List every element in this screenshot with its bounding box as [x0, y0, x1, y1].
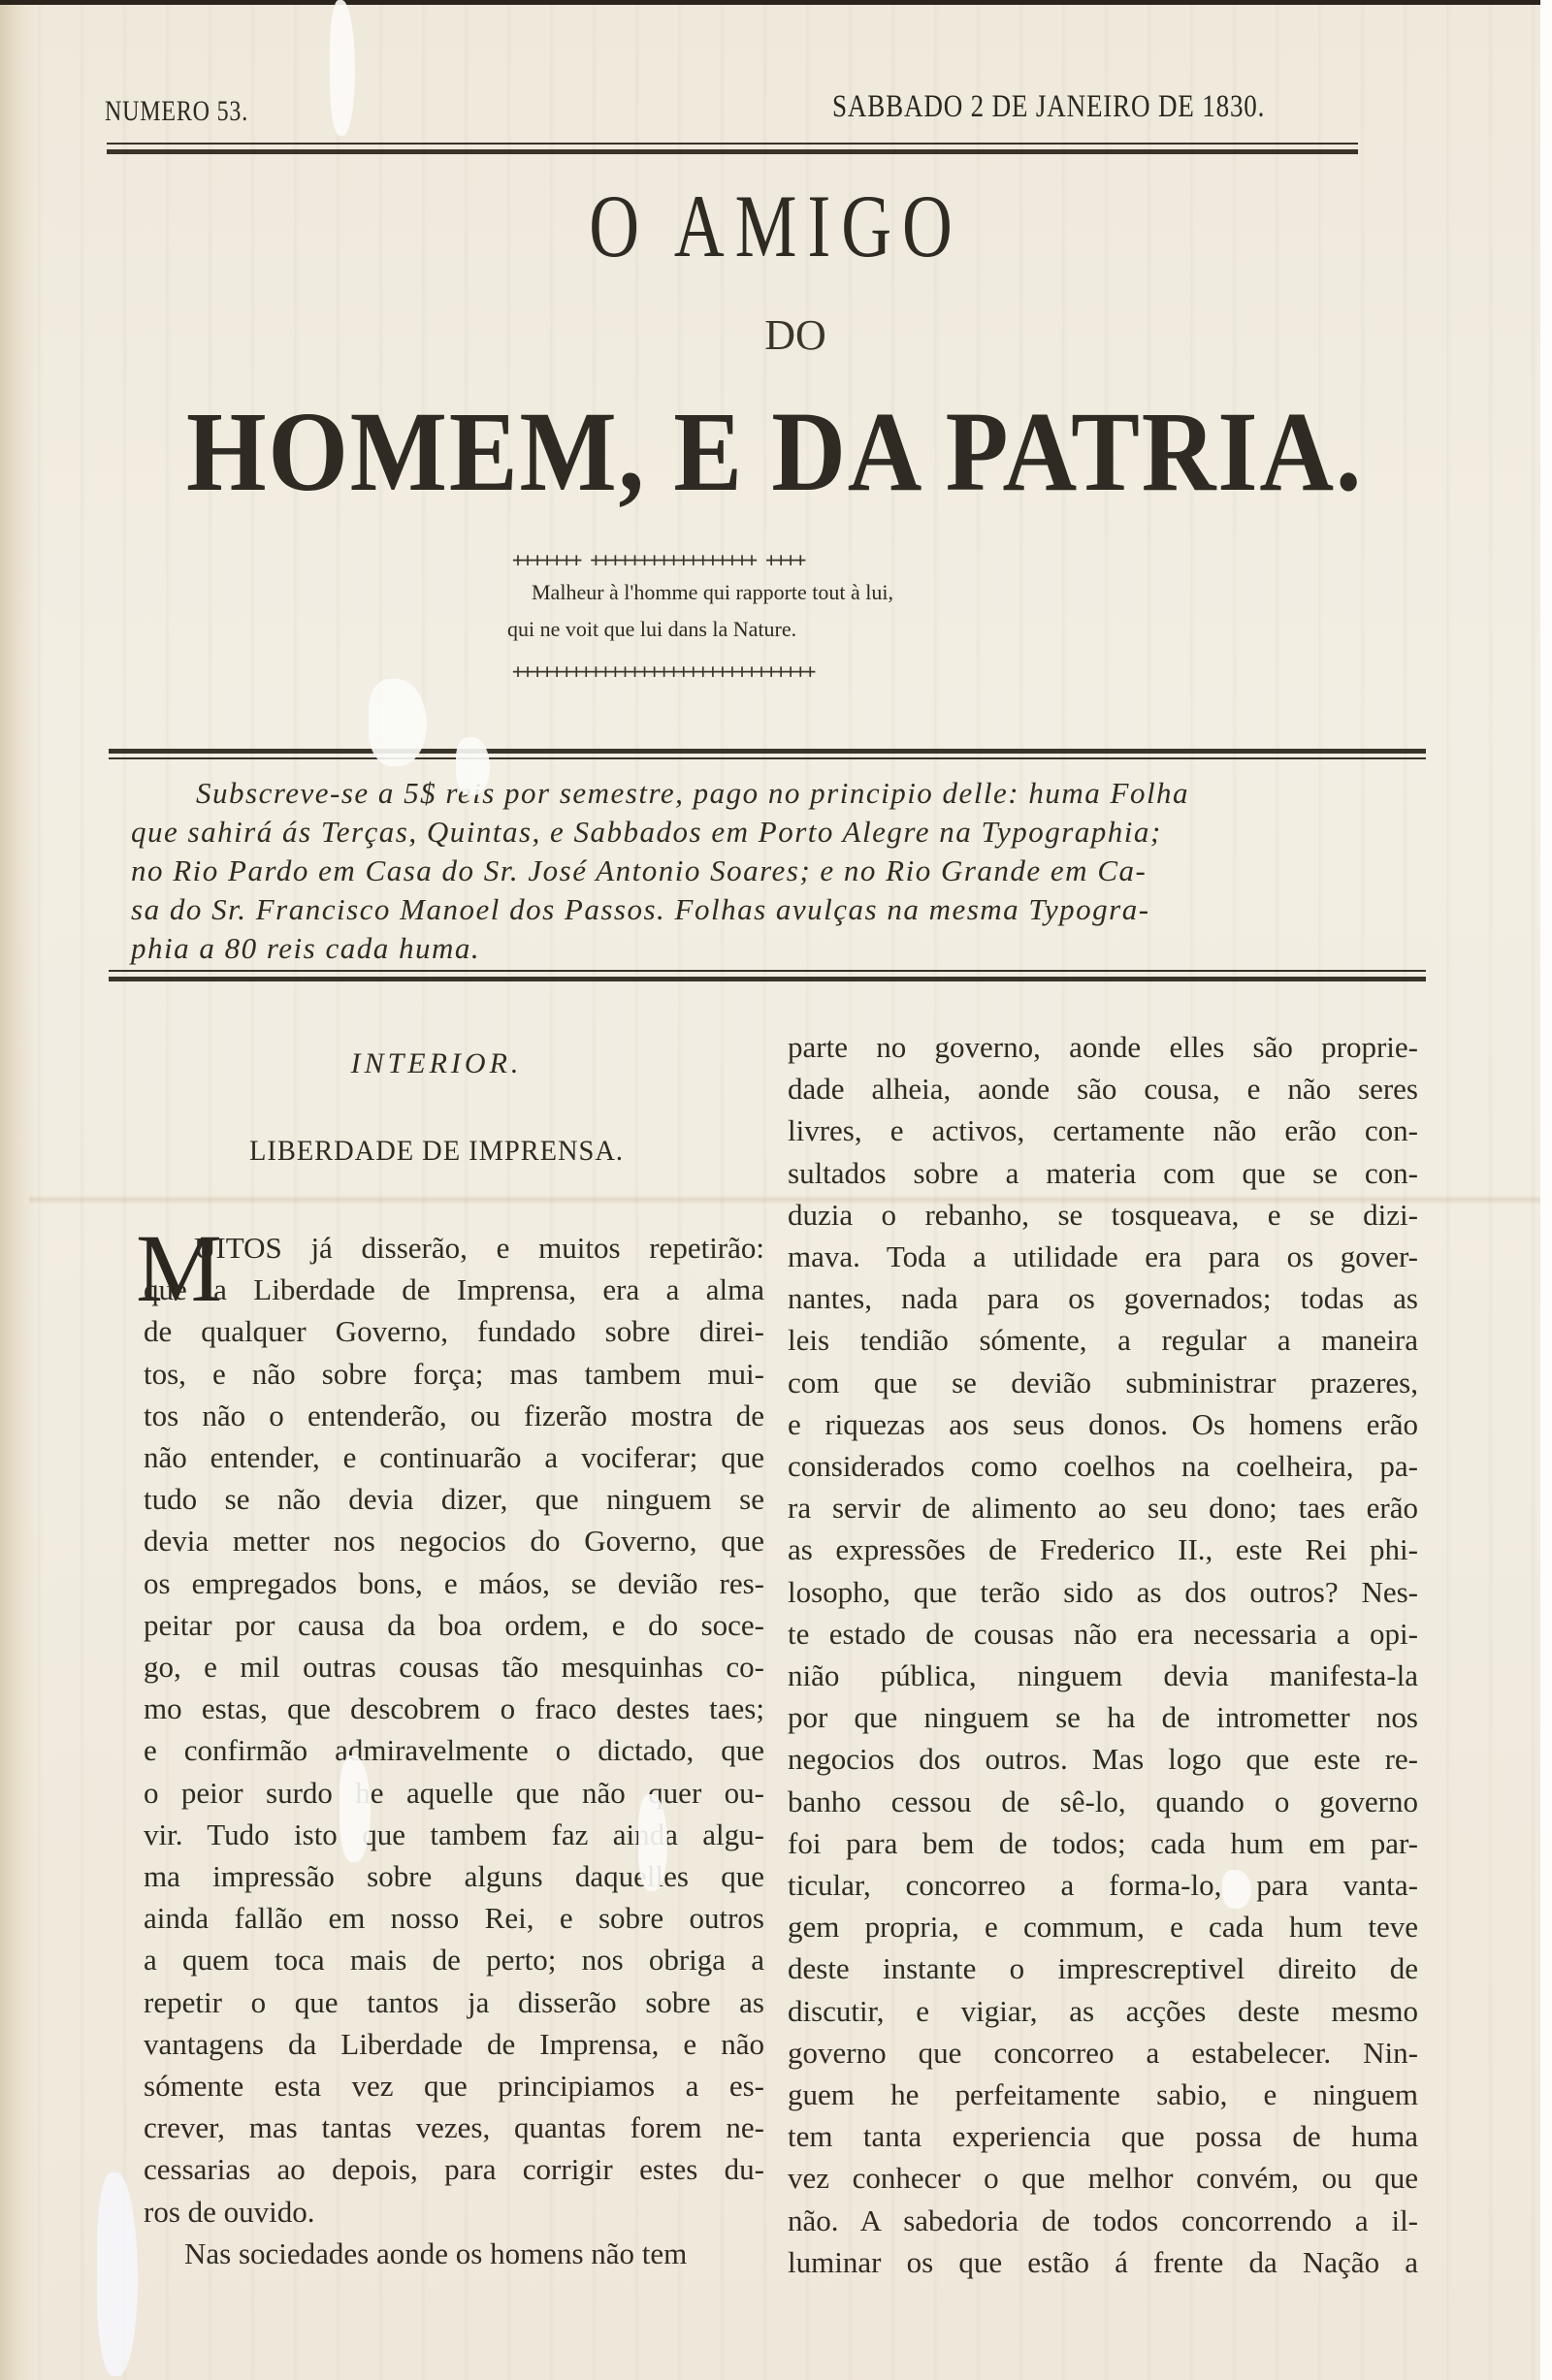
- text-line: tem tanta experiencia que possa de huma: [788, 2115, 1418, 2157]
- subscription-line: phia a 80 reis cada huma.: [131, 929, 1426, 968]
- masthead-title-line3: HOMEM, E DA PATRIA.: [186, 386, 1304, 518]
- text-line: dade alheia, aonde são cousa, e não sere…: [788, 1068, 1418, 1110]
- text-line: repetir o que tantos ja disserão sobre a…: [144, 1981, 764, 2023]
- text-line: losopho, que terão sido as dos outros? N…: [788, 1571, 1418, 1613]
- text-line: nião pública, ninguem devia manifesta-la: [788, 1655, 1418, 1696]
- text-line: a quem toca mais de perto; nos obriga a: [144, 1939, 764, 1980]
- header-rule-thick: [107, 149, 1358, 154]
- text-line: crever, mas tantas vezes, quantas forem …: [144, 2107, 764, 2148]
- subscription-line: sa do Sr. Francisco Manoel dos Passos. F…: [131, 890, 1426, 929]
- paper-damage: [456, 737, 490, 795]
- text-line: negocios dos outros. Mas logo que este r…: [788, 1738, 1418, 1780]
- subscription-rule-top-thin: [109, 757, 1426, 759]
- text-line: que a Liberdade de Imprensa, era a alma: [144, 1269, 764, 1310]
- text-line: duzia o rebanho, se tosqueava, e se dizi…: [788, 1194, 1418, 1236]
- text-line: foi para bem de todos; cada hum em par-: [788, 1822, 1418, 1864]
- text-line: ra servir de alimento ao seu dono; taes …: [788, 1487, 1418, 1528]
- text-line: não entender, e continuarão a vociferar;…: [144, 1436, 764, 1478]
- paper-damage: [330, 0, 355, 136]
- text-line: vez conhecer o que melhor convém, ou que: [788, 2157, 1418, 2199]
- text-line: governo que concorreo a estabelecer. Nin…: [788, 2032, 1418, 2074]
- text-line: os empregados bons, e máos, se devião re…: [144, 1562, 764, 1604]
- text-line: go, e mil outras cousas tão mesquinhas c…: [144, 1646, 764, 1688]
- section-heading: INTERIOR.: [126, 1047, 747, 1080]
- text-line: tudo se não devia dizer, que ninguem se: [144, 1478, 764, 1520]
- masthead-title-line1: O AMIGO: [171, 175, 1381, 277]
- text-line: Nas sociedades aonde os homens não tem: [144, 2233, 764, 2274]
- text-line: as expressões de Frederico II., este Rei…: [788, 1528, 1418, 1570]
- header-rule-thin: [107, 143, 1358, 145]
- text-line: ticular, concorreo a forma-lo, para vant…: [788, 1864, 1418, 1906]
- text-line: mava. Toda a utilidade era para os gover…: [788, 1236, 1418, 1277]
- text-line: vir. Tudo isto que tambem faz ainda algu…: [144, 1814, 764, 1855]
- text-line: ros de ouvido.: [144, 2191, 764, 2233]
- subscription-rule-top-thick: [109, 749, 1426, 754]
- paper-damage: [638, 1794, 667, 1891]
- text-line: e riquezas aos seus donos. Os homens erã…: [788, 1403, 1418, 1445]
- masthead-title-line2: DO: [0, 310, 1552, 360]
- text-line: ma impressão sobre alguns daquelles que: [144, 1855, 764, 1897]
- text-line: parte no governo, aonde elles são propri…: [788, 1026, 1418, 1068]
- text-line: de qualquer Governo, fundado sobre direi…: [144, 1310, 764, 1352]
- issue-date: SABBADO 2 DE JANEIRO DE 1830.: [832, 89, 1265, 125]
- article-right-column: parte no governo, aonde elles são propri…: [788, 1026, 1418, 2283]
- text-line: tos, e não sobre força; mas tambem mui-: [144, 1353, 764, 1395]
- text-line: leis tendião sómente, a regular a maneir…: [788, 1319, 1418, 1361]
- text-line: por que ninguem se ha de intrometter nos: [788, 1696, 1418, 1738]
- text-line: ainda fallão em nosso Rei, e sobre outro…: [144, 1897, 764, 1939]
- paper-damage: [339, 1755, 371, 1862]
- paper-damage: [1222, 1870, 1251, 1909]
- text-line: deste instante o imprescreptivel direito…: [788, 1947, 1418, 1989]
- text-line: considerados como coelhos na coelheira, …: [788, 1445, 1418, 1487]
- subscription-notice: Subscreve-se a 5$ reis por semestre, pag…: [175, 774, 1426, 968]
- text-line: discutir, e vigiar, as acções deste mesm…: [788, 1990, 1418, 2032]
- text-line: gem propria, e commum, e cada hum teve: [788, 1906, 1418, 1947]
- text-line: tos não o entenderão, ou fizerão mostra …: [144, 1395, 764, 1436]
- text-line: sultados sobre a materia com que se con-: [788, 1152, 1418, 1194]
- text-line: luminar os que estão á frente da Nação a: [788, 2241, 1418, 2283]
- article-title: LIBERDADE DE IMPRENSA.: [142, 1135, 731, 1168]
- text-line: o peior surdo he aquelle que não quer ou…: [144, 1772, 764, 1814]
- subscription-rule-bottom-thin: [109, 970, 1426, 972]
- text-line: vantagens da Liberdade de Imprensa, e nã…: [144, 2023, 764, 2065]
- subscription-line: no Rio Pardo em Casa do Sr. José Antonio…: [131, 852, 1426, 890]
- text-line: mo estas, que descobrem o fraco destes t…: [144, 1688, 764, 1729]
- text-line: peitar por causa da boa ordem, e do soce…: [144, 1604, 764, 1646]
- scan-top-border: [0, 0, 1540, 5]
- text-line: cessarias ao depois, para corrigir estes…: [144, 2148, 764, 2190]
- text-line: com que se devião subministrar prazeres,: [788, 1362, 1418, 1403]
- subscription-line: que sahirá ás Terças, Quintas, e Sabbado…: [131, 813, 1426, 852]
- text-line: e confirmão admiravelmente o dictado, qu…: [144, 1729, 764, 1771]
- text-line: sómente esta vez que principiamos a es-: [144, 2065, 764, 2107]
- motto-line2: qui ne voit que lui dans la Nature.: [507, 617, 796, 642]
- ornament-rule-bottom: +++++++++++++++++++++++++++++++: [512, 659, 997, 683]
- text-line: te estado de cousas não era necessaria a…: [788, 1613, 1418, 1655]
- text-line: não. A sabedoria de todos concorrendo a …: [788, 2200, 1418, 2241]
- ornament-rule-top: +++++++ +++++++++++++++++ ++++: [512, 548, 997, 571]
- text-line: guem he perfeitamente sabio, e ninguem: [788, 2074, 1418, 2115]
- text-line: banho cessou de sê-lo, quando o governo: [788, 1781, 1418, 1822]
- text-line: UITOS já disserão, e muitos repetirão:: [144, 1227, 764, 1269]
- text-line: devia metter nos negocios do Governo, qu…: [144, 1520, 764, 1561]
- subscription-line: Subscreve-se a 5$ reis por semestre, pag…: [175, 774, 1426, 813]
- article-left-column: UITOS já disserão, e muitos repetirão: q…: [144, 1227, 764, 2274]
- paper-damage: [369, 679, 427, 766]
- issue-number: NUMERO 53.: [105, 95, 248, 128]
- text-line: livres, e activos, certamente não erão c…: [788, 1110, 1418, 1151]
- text-line: nantes, nada para os governados; todas a…: [788, 1277, 1418, 1319]
- motto-line1: Malheur à l'homme qui rapporte tout à lu…: [532, 580, 893, 605]
- subscription-rule-bottom-thick: [109, 977, 1426, 981]
